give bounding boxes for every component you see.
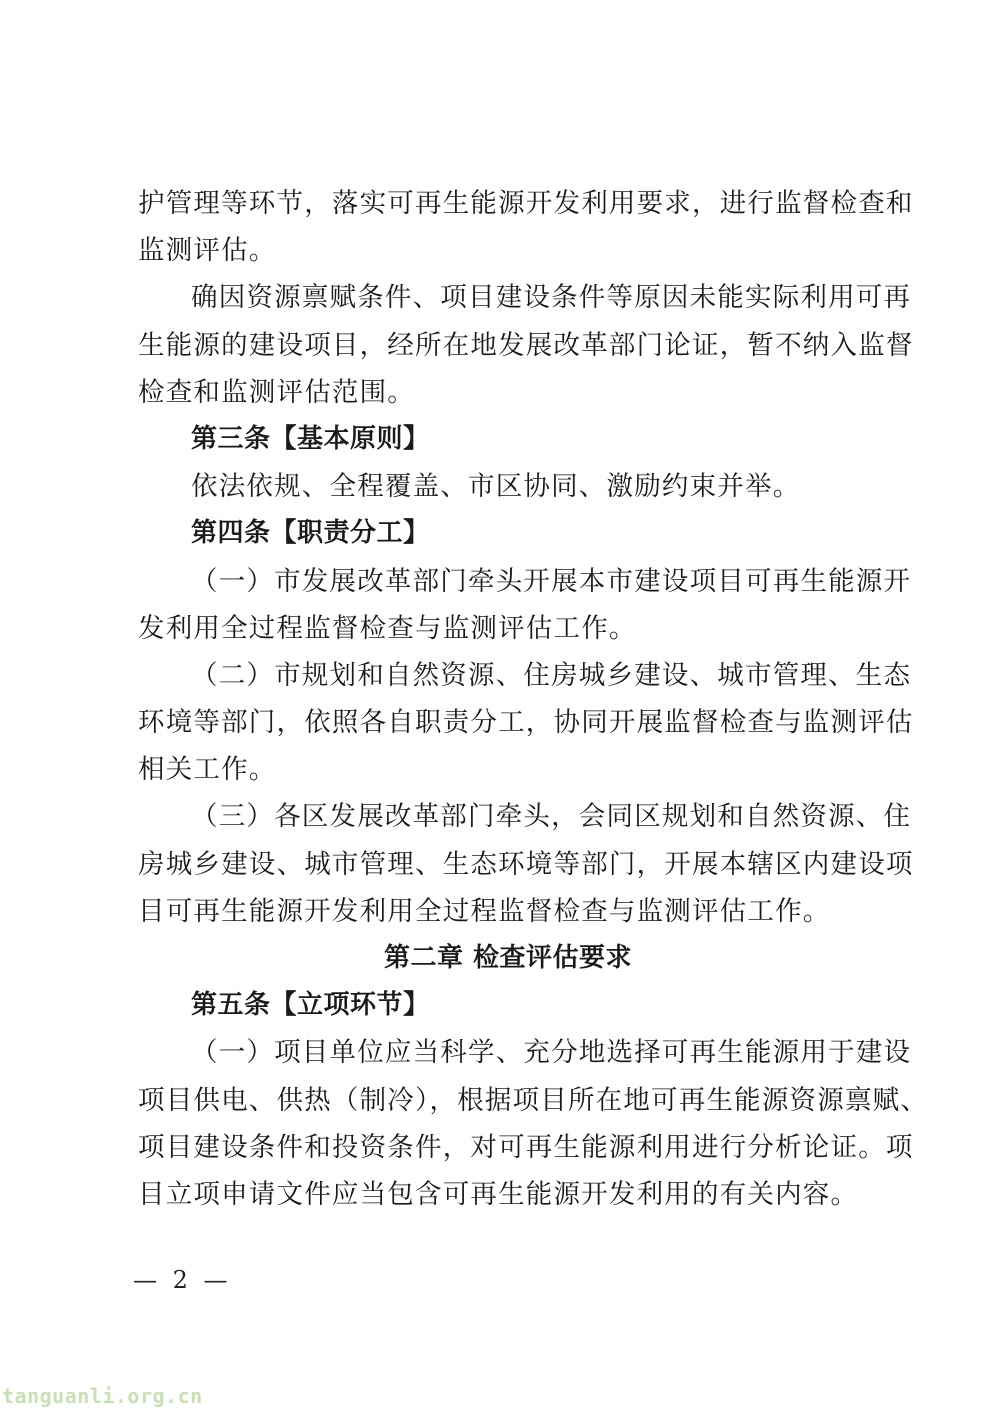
paragraph: （一）市发展改革部门牵头开展本市建设项目可再生能源开 发利用全过程监督检查与监测…: [138, 558, 878, 652]
text-line: 目可再生能源开发利用全过程监督检查与监测评估工作。: [138, 888, 878, 935]
text-line: （一）市发展改革部门牵头开展本市建设项目可再生能源开: [138, 558, 878, 605]
text-line: 房城乡建设、城市管理、生态环境等部门，开展本辖区内建设项: [138, 841, 878, 888]
text-line: 检查和监测评估范围。: [138, 369, 878, 416]
text-line: 发利用全过程监督检查与监测评估工作。: [138, 605, 878, 652]
article-heading: 第四条【职责分工】: [138, 510, 878, 557]
text-line: 生能源的建设项目，经所在地发展改革部门论证，暂不纳入监督: [138, 322, 878, 369]
paragraph: 护管理等环节，落实可再生能源开发利用要求，进行监督检查和 监测评估。: [138, 180, 878, 274]
text-line: 项目建设条件和投资条件，对可再生能源利用进行分析论证。项: [138, 1124, 878, 1171]
text-line: 确因资源禀赋条件、项目建设条件等原因未能实际利用可再: [138, 274, 878, 321]
document-page: 护管理等环节，落实可再生能源开发利用要求，进行监督检查和 监测评估。 确因资源禀…: [0, 0, 1000, 1414]
paragraph: 确因资源禀赋条件、项目建设条件等原因未能实际利用可再 生能源的建设项目，经所在地…: [138, 274, 878, 416]
text-line: （三）各区发展改革部门牵头，会同区规划和自然资源、住: [138, 793, 878, 840]
text-line: 环境等部门，依照各自职责分工，协同开展监督检查与监测评估: [138, 699, 878, 746]
paragraph: （一）项目单位应当科学、充分地选择可再生能源用于建设 项目供电、供热（制冷），根…: [138, 1029, 878, 1218]
text-line: 相关工作。: [138, 746, 878, 793]
paragraph: 依法依规、全程覆盖、市区协同、激励约束并举。: [138, 463, 878, 510]
text-line: 监测评估。: [138, 227, 878, 274]
article-heading: 第三条【基本原则】: [138, 416, 878, 463]
text-line: （一）项目单位应当科学、充分地选择可再生能源用于建设: [138, 1029, 878, 1076]
watermark: tanguanli.org.cn: [2, 1384, 203, 1408]
text-line: 依法依规、全程覆盖、市区协同、激励约束并举。: [138, 463, 878, 510]
chapter-title: 第二章 检查评估要求: [138, 935, 878, 982]
page-number: — 2 —: [133, 1266, 232, 1294]
document-body: 护管理等环节，落实可再生能源开发利用要求，进行监督检查和 监测评估。 确因资源禀…: [138, 180, 878, 1218]
article-heading: 第五条【立项环节】: [138, 982, 878, 1029]
paragraph: （二）市规划和自然资源、住房城乡建设、城市管理、生态 环境等部门，依照各自职责分…: [138, 652, 878, 794]
text-line: 护管理等环节，落实可再生能源开发利用要求，进行监督检查和: [138, 180, 878, 227]
text-line: 目立项申请文件应当包含可再生能源开发利用的有关内容。: [138, 1171, 878, 1218]
text-line: 项目供电、供热（制冷），根据项目所在地可再生能源资源禀赋、: [138, 1077, 878, 1124]
paragraph: （三）各区发展改革部门牵头，会同区规划和自然资源、住 房城乡建设、城市管理、生态…: [138, 793, 878, 935]
text-line: （二）市规划和自然资源、住房城乡建设、城市管理、生态: [138, 652, 878, 699]
